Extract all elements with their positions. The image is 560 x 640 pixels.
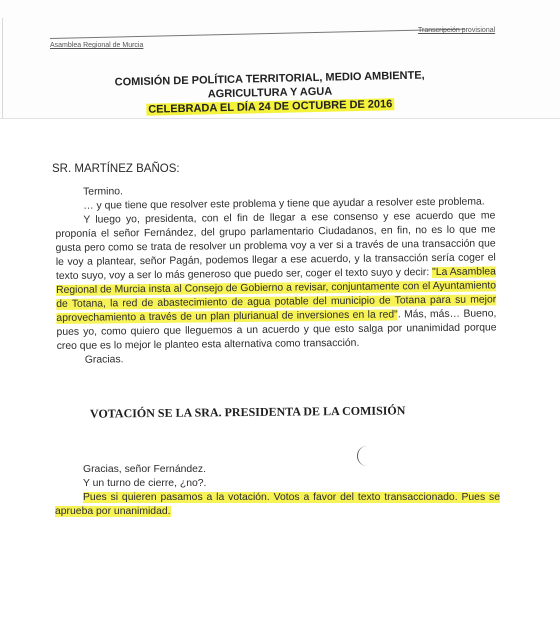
closing-paragraph: Pues si quieren pasamos a la votación. V…	[55, 491, 500, 519]
closing-paragraph: Y un turno de cierre, ¿no?.	[55, 477, 500, 491]
header-status: Transcripción provisional	[418, 27, 495, 34]
scan-edge	[2, 18, 3, 118]
speech-text-before-quote: Y luego yo, presidenta, con el fin de ll…	[55, 210, 495, 282]
page-top-scan: Asamblea Regional de Murcia Transcripció…	[0, 0, 560, 119]
header-institution: Asamblea Regional de Murcia	[50, 42, 143, 49]
speaker-name: SR. MARTÍNEZ BAÑOS:	[52, 163, 180, 175]
document-title: COMISIÓN DE POLÍTICA TERRITORIAL, MEDIO …	[100, 68, 441, 118]
speech-paragraph: Y luego yo, presidenta, con el fin de ll…	[55, 209, 496, 354]
closing-paragraph: Gracias, señor Fernández.	[55, 463, 500, 477]
closing-text: Gracias, señor Fernández. Y un turno de …	[55, 463, 500, 519]
header-rule	[50, 29, 465, 39]
highlighted-approval: Pues si quieren pasamos a la votación. V…	[55, 492, 500, 517]
speech-text: Termino. … y que tiene que resolver este…	[55, 181, 497, 368]
